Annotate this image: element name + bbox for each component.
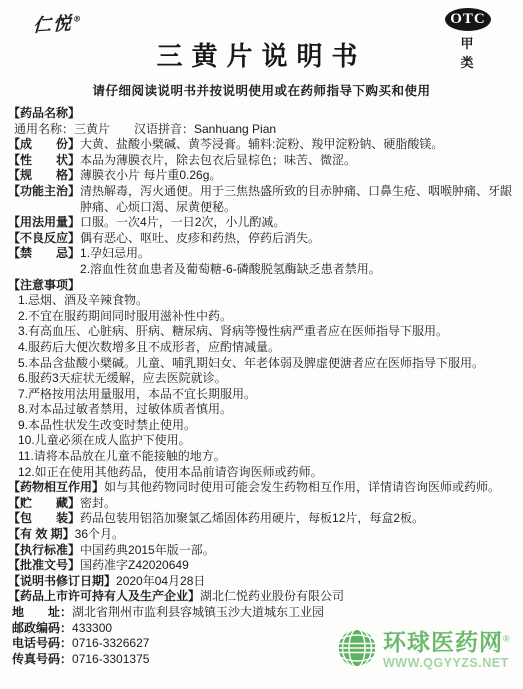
section-label: 【用法用量】: [8, 215, 80, 231]
section-ingredients: 【成 份】 大黄、盐酸小檗碱、黄芩浸膏。辅料:淀粉、羧甲淀粉钠、硬脂酸镁。: [8, 137, 516, 153]
contact-value: 0716-3301375: [72, 652, 149, 668]
section-storage: 【贮 藏】 密封。: [8, 496, 516, 512]
contact-label: 地 址：: [12, 605, 72, 621]
site-url: WWW.QGYYZS.NET: [383, 657, 511, 670]
page-subtitle: 请仔细阅读说明书并按说明使用或在药师指导下购买和使用: [0, 81, 523, 99]
contact-label: 传真号码：: [12, 652, 72, 668]
site-name: 环球医药网®: [383, 631, 511, 654]
registered-trademark-icon: ®: [73, 13, 81, 24]
section-text: 如与其他药物同时使用可能会发生药物相互作用，详情请咨询医师或药师。: [104, 480, 516, 496]
section-text: 大黄、盐酸小檗碱、黄芩浸膏。辅料:淀粉、羧甲淀粉钠、硬脂酸镁。: [80, 137, 516, 153]
otc-oval-icon: OTC: [445, 8, 491, 31]
section-text: 口服。一次4片，一日2次，小儿酌减。: [80, 215, 516, 231]
section-standard: 【执行标准】 中国药典2015年版一部。: [8, 543, 516, 559]
section-text: 2020年04月28日: [116, 574, 516, 590]
list-item: 11.请将本品放在儿童不能接触的地方。: [18, 449, 516, 465]
section-description: 【性 状】 本品为薄膜衣片，除去包衣后显棕色；味苦、微涩。: [8, 153, 516, 169]
section-label: 【有 效 期】: [8, 527, 75, 543]
section-label: 【药品名称】: [8, 106, 80, 122]
otc-badge: OTC 甲 类: [443, 8, 493, 71]
registered-trademark-icon: ®: [503, 634, 511, 644]
section-label: 【不良反应】: [8, 231, 80, 247]
section-text: 36个月。: [75, 527, 516, 543]
section-label: 【规 格】: [8, 168, 80, 184]
section-label: 【批准文号】: [8, 558, 80, 574]
section-dosage: 【用法用量】 口服。一次4片，一日2次，小儿酌减。: [8, 215, 516, 231]
section-label: 【注意事项】: [8, 278, 80, 294]
globe-icon: [336, 627, 378, 674]
list-item: 9.本品性状发生改变时禁止使用。: [18, 418, 516, 434]
list-item: 10.儿童必须在成人监护下使用。: [18, 433, 516, 449]
section-manufacturer: 【药品上市许可持有人及生产企业】 湖北仁悦药业股份有限公司: [8, 589, 516, 605]
section-precautions: 【注意事项】: [8, 278, 516, 294]
section-shelf-life: 【有 效 期】 36个月。: [8, 527, 516, 543]
section-text: 湖北仁悦药业股份有限公司: [200, 589, 516, 605]
section-text: 药品包装用铝箔加聚氯乙烯固体药用硬片，每板12片，每盒2板。: [80, 511, 516, 527]
drug-leaflet: 仁悦® OTC 甲 类 三黄片说明书 请仔细阅读说明书并按说明使用或在药师指导下…: [0, 0, 523, 689]
section-label: 【功能主治】: [8, 184, 80, 200]
section-text: 偶有恶心、呕吐、皮疹和药热，停药后消失。: [80, 231, 516, 247]
otc-class-label: 甲 类: [448, 33, 493, 71]
list-item: 4.服药后大便次数增多且不成形者，应酌情减量。: [18, 340, 516, 356]
section-label: 【药品上市许可持有人及生产企业】: [8, 589, 200, 605]
list-item: 1.忌烟、酒及辛辣食物。: [18, 293, 516, 309]
section-approval-number: 【批准文号】 国药准字Z42020649: [8, 558, 516, 574]
section-text: 本品为薄膜衣片，除去包衣后显棕色；味苦、微涩。: [80, 153, 516, 169]
section-strength: 【规 格】 薄膜衣小片 每片重0.26g。: [8, 168, 516, 184]
section-text: 通用名称：三黄片 汉语拼音：Sanhuang Pian: [14, 122, 516, 138]
contact-value: 湖北省荆州市监利县容城镇玉沙大道城东工业园: [72, 605, 324, 621]
list-item: 1.孕妇忌用。: [80, 246, 516, 262]
section-revision-date: 【说明书修订日期】 2020年04月28日: [8, 574, 516, 590]
section-packaging: 【包 装】 药品包装用铝箔加聚氯乙烯固体药用硬片，每板12片，每盒2板。: [8, 511, 516, 527]
list-item: 6.服药3天症状无缓解，应去医院就诊。: [18, 371, 516, 387]
list-item: 2.溶血性贫血患者及葡萄糖-6-磷酸脱氢酶缺乏患者禁用。: [80, 262, 516, 278]
section-label: 【药物相互作用】: [8, 480, 104, 496]
section-label: 【包 装】: [8, 511, 80, 527]
section-drug-interactions: 【药物相互作用】 如与其他药物同时使用可能会发生药物相互作用，详情请咨询医师或药…: [8, 480, 516, 496]
contact-value: 0716-3326627: [72, 636, 149, 652]
section-indications: 【功能主治】 清热解毒，泻火通便。用于三焦热盛所致的目赤肿痛、口鼻生疮、咽喉肿痛…: [8, 184, 516, 215]
list-item: 2.不宜在服药期间同时服用滋补性中药。: [18, 309, 516, 325]
precautions-list: 1.忌烟、酒及辛辣食物。 2.不宜在服药期间同时服用滋补性中药。 3.有高血压、…: [8, 293, 516, 480]
section-contraindications: 【禁 忌】 1.孕妇忌用。 2.溶血性贫血患者及葡萄糖-6-磷酸脱氢酶缺乏患者禁…: [8, 246, 516, 277]
contact-value: 433300: [72, 621, 112, 637]
list-item: 7.严格按用法用量服用，本品不宜长期服用。: [18, 387, 516, 403]
section-adverse-reactions: 【不良反应】 偶有恶心、呕吐、皮疹和药热，停药后消失。: [8, 231, 516, 247]
section-text: 国药准字Z42020649: [80, 558, 516, 574]
list-item: 3.有高血压、心脏病、肝病、糖尿病、肾病等慢性病严重者应在医师指导下服用。: [18, 324, 516, 340]
section-label: 【执行标准】: [8, 543, 80, 559]
section-text: 中国药典2015年版一部。: [80, 543, 516, 559]
section-label: 【禁 忌】: [8, 246, 80, 262]
brand-logo: 仁悦®: [33, 8, 82, 37]
contact-address: 地 址： 湖北省荆州市监利县容城镇玉沙大道城东工业园: [12, 605, 516, 621]
section-label: 【贮 藏】: [8, 496, 80, 512]
list-item: 8.对本品过敏者禁用，过敏体质者慎用。: [18, 402, 516, 418]
section-text: 密封。: [80, 496, 516, 512]
leaflet-body: 【药品名称】 通用名称：三黄片 汉语拼音：Sanhuang Pian 【成 份】…: [8, 106, 516, 667]
section-text: 清热解毒，泻火通便。用于三焦热盛所致的目赤肿痛、口鼻生疮、咽喉肿痛、牙龈肿痛、心…: [80, 184, 516, 215]
section-generic-name: 通用名称：三黄片 汉语拼音：Sanhuang Pian: [8, 122, 516, 138]
list-item: 12.如正在使用其他药品，使用本品前请咨询医师或药师。: [18, 465, 516, 481]
section-label: 【性 状】: [8, 153, 80, 169]
section-drug-name: 【药品名称】: [8, 106, 516, 122]
list-item: 5.本品含盐酸小檗碱。儿童、哺乳期妇女、年老体弱及脾虚便溏者应在医师指导下服用。: [18, 356, 516, 372]
section-label: 【成 份】: [8, 137, 80, 153]
section-text: 薄膜衣小片 每片重0.26g。: [80, 168, 516, 184]
brand-name: 仁悦: [33, 13, 74, 37]
site-watermark: 环球医药网® WWW.QGYYZS.NET: [336, 627, 511, 674]
contact-label: 电话号码：: [12, 636, 72, 652]
contact-label: 邮政编码：: [12, 621, 72, 637]
section-label: 【说明书修订日期】: [8, 574, 116, 590]
